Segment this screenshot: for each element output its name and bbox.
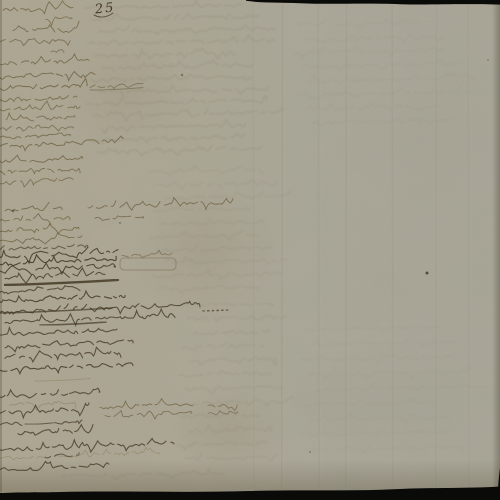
bottom-edge-shadow	[0, 460, 500, 492]
right-edge-shadow	[492, 0, 500, 500]
left-edge-shadow	[0, 0, 2, 500]
manuscript-scan: 25	[0, 0, 500, 500]
manuscript-page: 25	[0, 0, 500, 500]
paper-grain	[0, 0, 500, 500]
